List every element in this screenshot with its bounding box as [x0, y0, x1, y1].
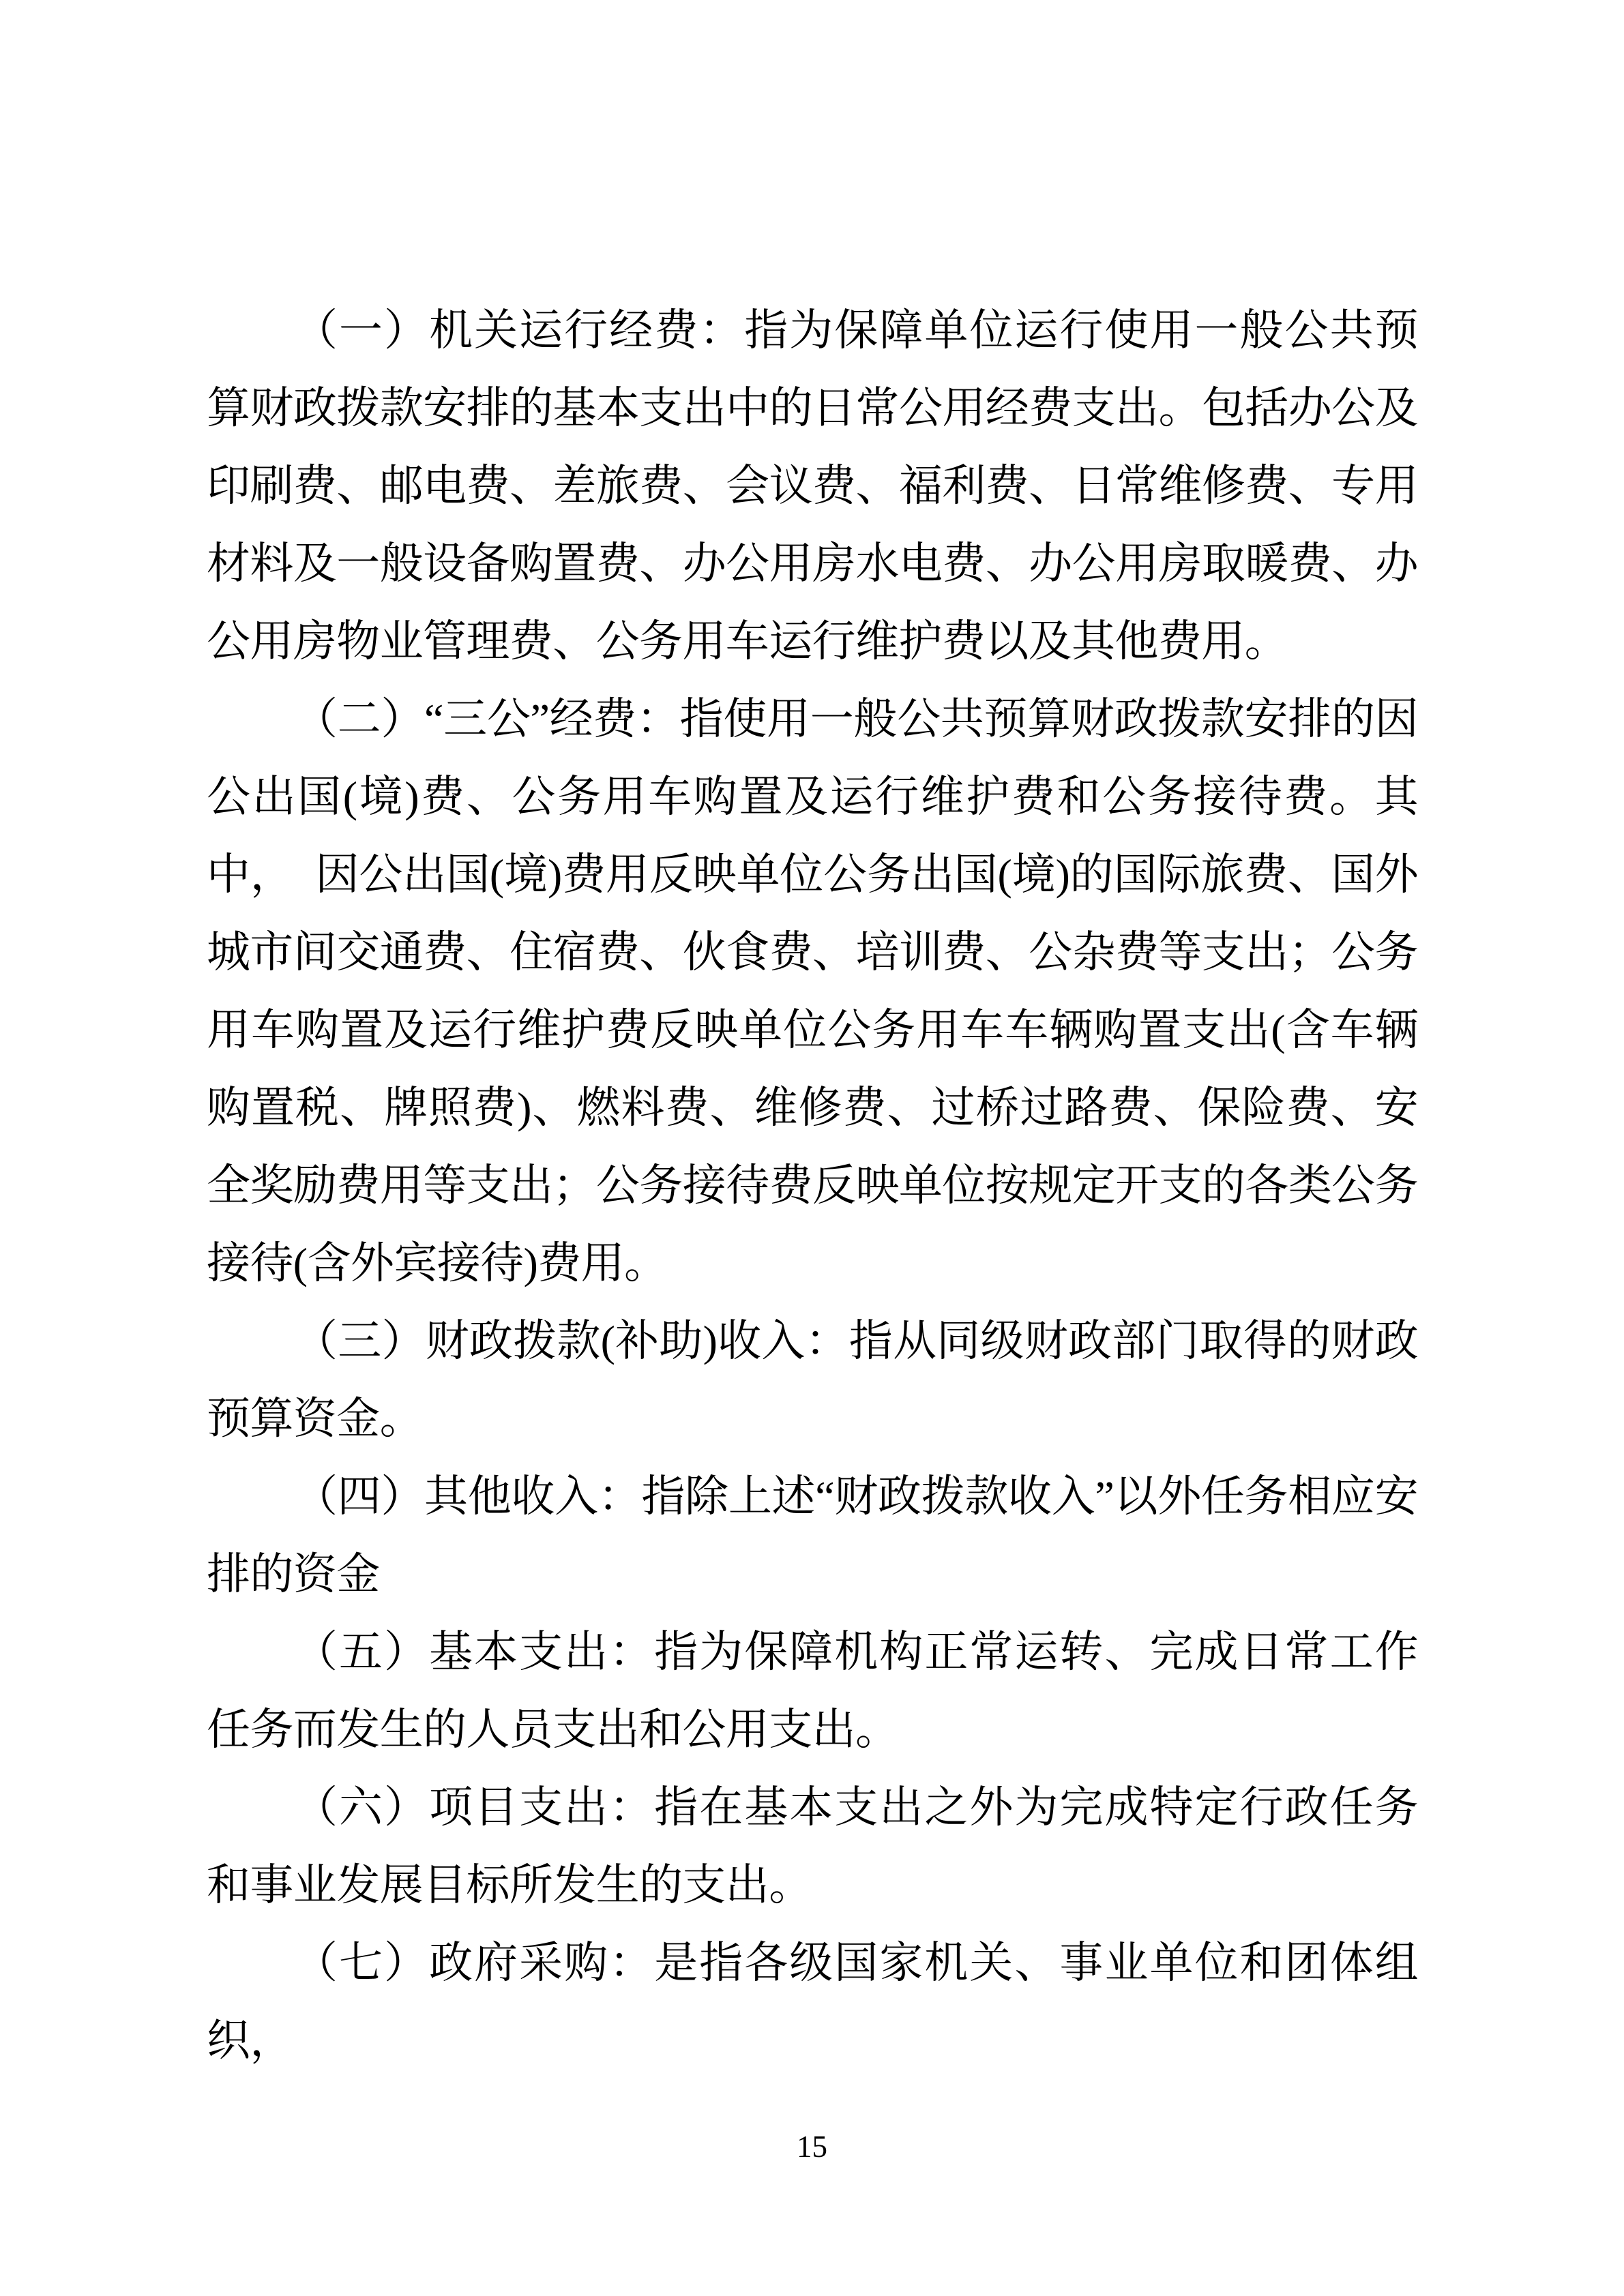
paragraph-3: （三）财政拨款(补助)收入：指从同级财政部门取得的财政预算资金。: [207, 1302, 1418, 1458]
paragraph-6: （六）项目支出：指在基本支出之外为完成特定行政任务和事业发展目标所发生的支出。: [207, 1769, 1418, 1924]
paragraph-4: （四）其他收入：指除上述“财政拨款收入”以外任务相应安排的资金: [207, 1458, 1418, 1613]
paragraph-5: （五）基本支出：指为保障机构正常运转、完成日常工作任务而发生的人员支出和公用支出…: [207, 1613, 1418, 1769]
paragraph-1: （一）机关运行经费：指为保障单位运行使用一般公共预算财政拨款安排的基本支出中的日…: [207, 292, 1418, 681]
page-number: 15: [0, 2129, 1624, 2164]
document-page: （一）机关运行经费：指为保障单位运行使用一般公共预算财政拨款安排的基本支出中的日…: [0, 0, 1624, 2296]
text-block: （一）机关运行经费：指为保障单位运行使用一般公共预算财政拨款安排的基本支出中的日…: [207, 292, 1418, 2080]
paragraph-2: （二）“三公”经费：指使用一般公共预算财政拨款安排的因公出国(境)费、公务用车购…: [207, 681, 1418, 1302]
paragraph-7: （七）政府采购：是指各级国家机关、事业单位和团体组织，: [207, 1924, 1418, 2080]
